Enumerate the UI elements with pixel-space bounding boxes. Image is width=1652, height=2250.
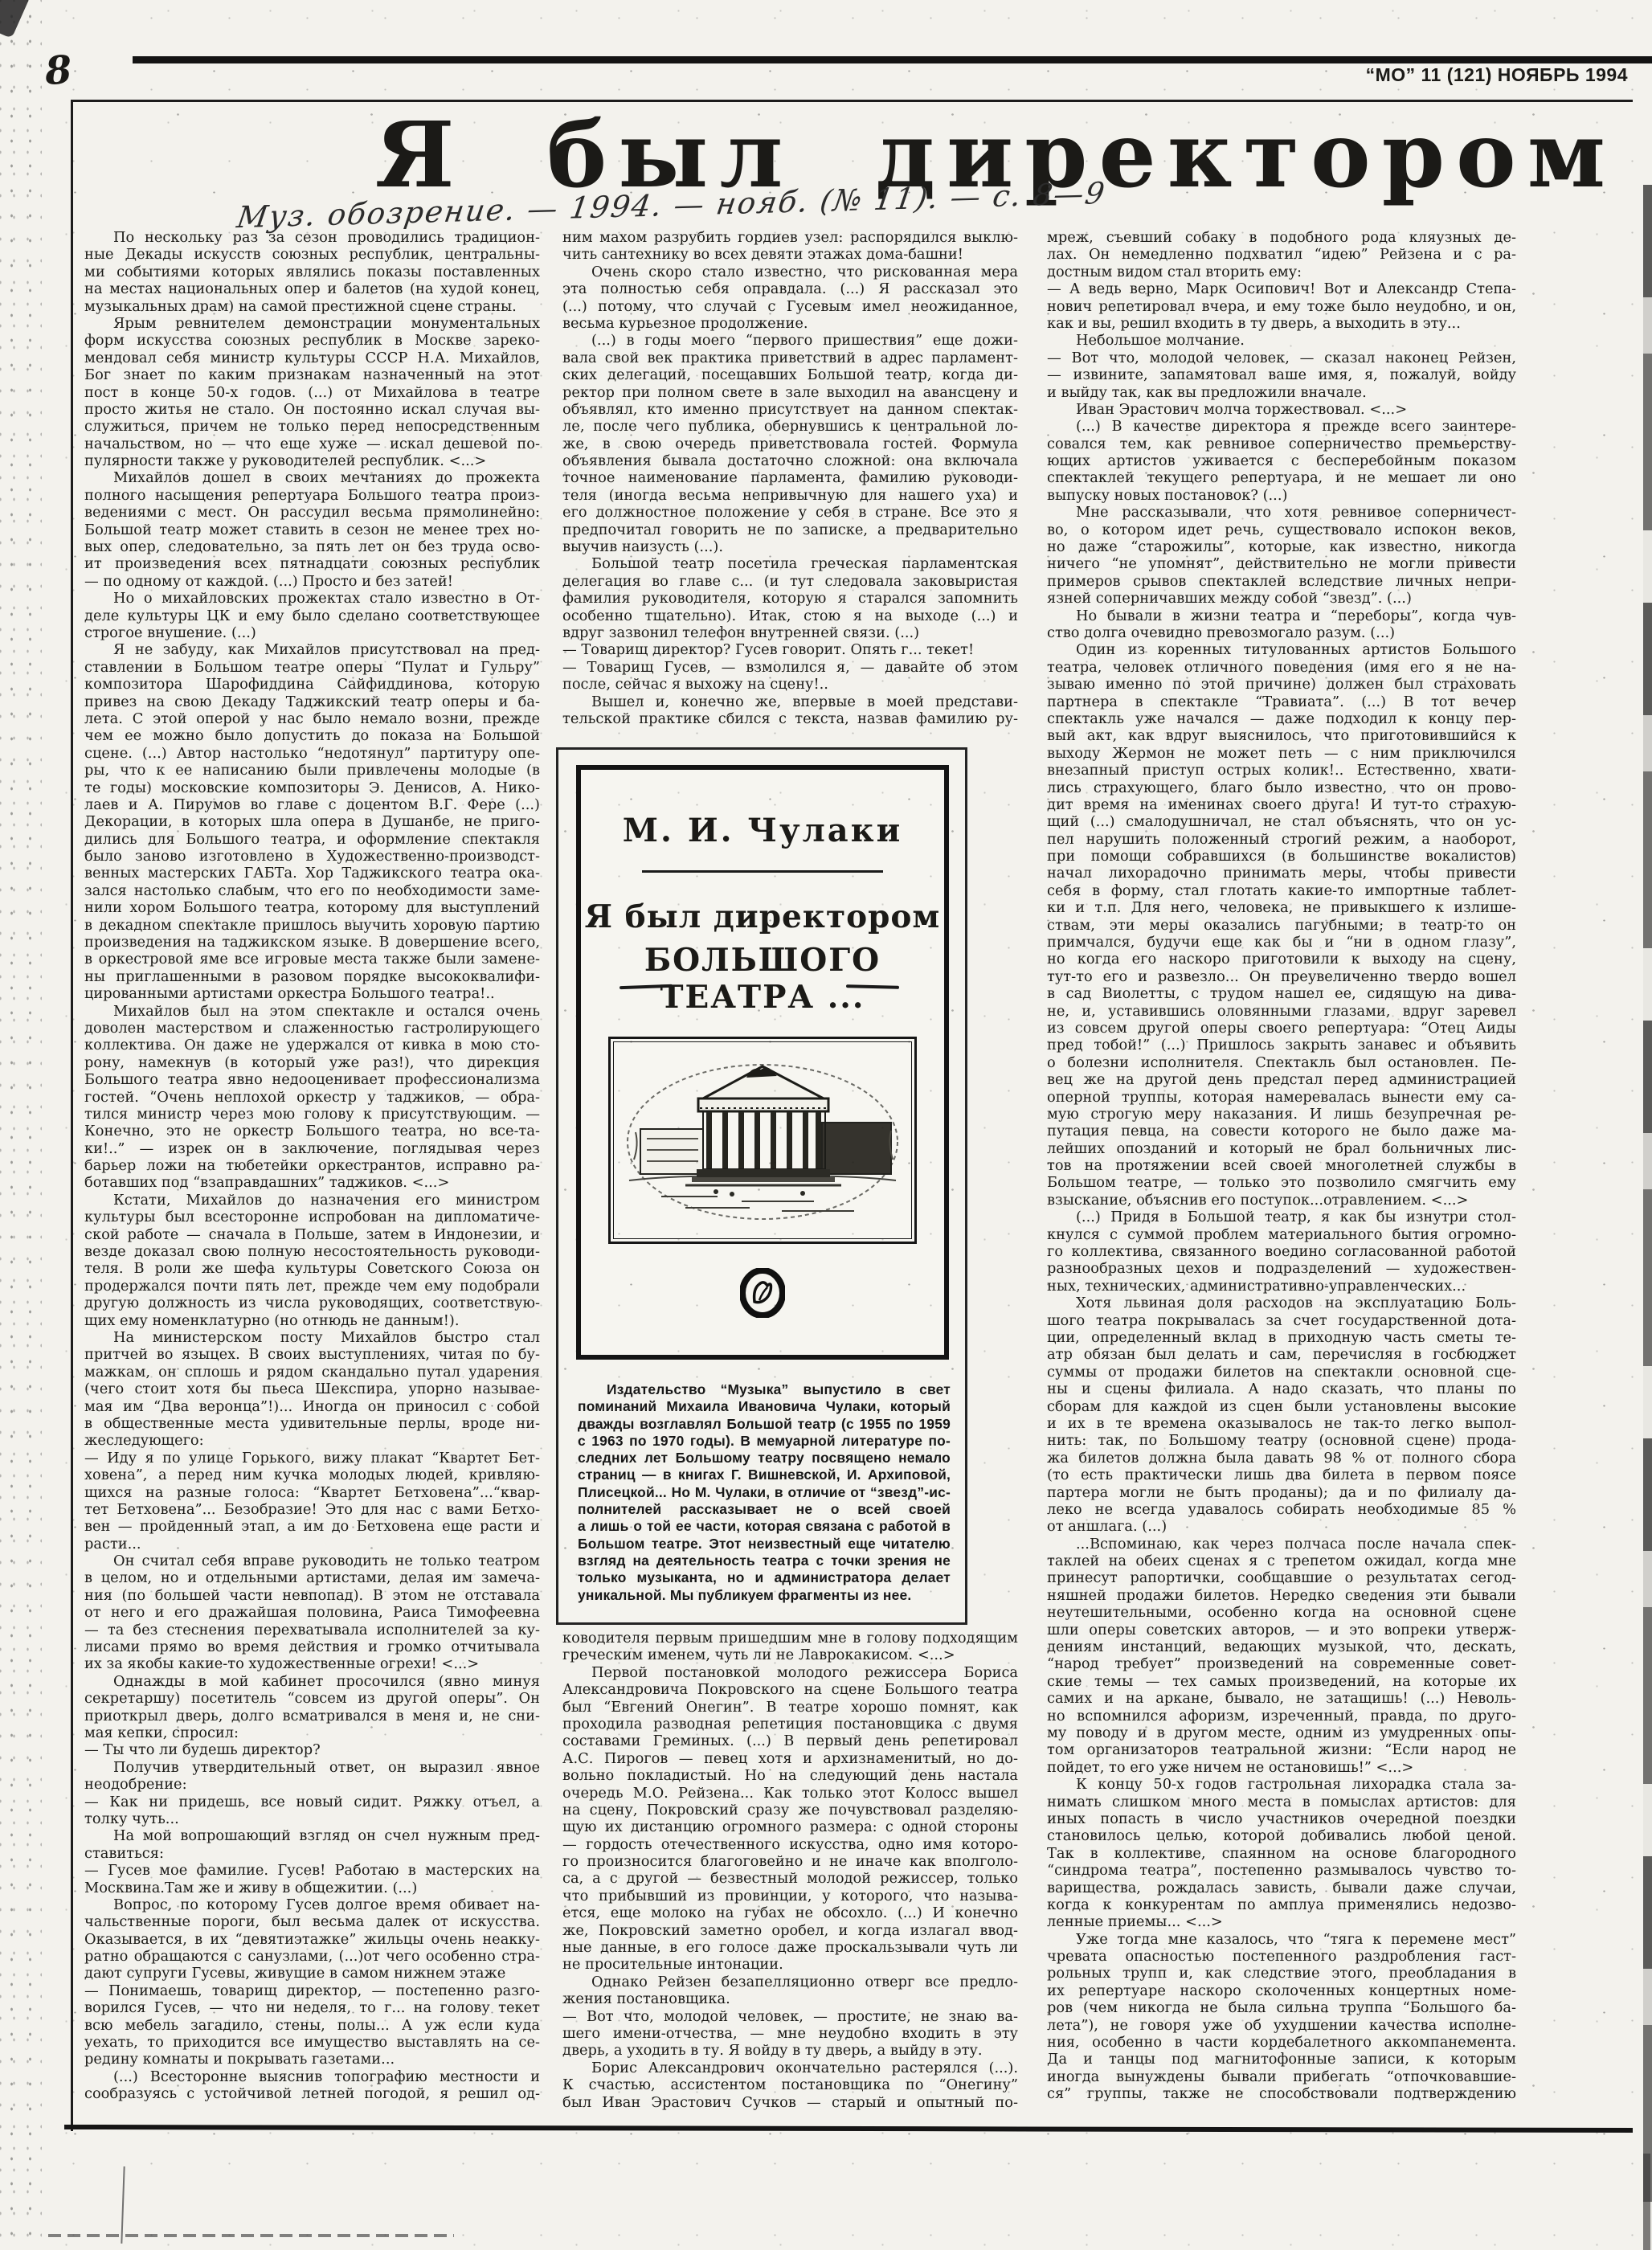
- text-line: К счастью, ассистентом постановщика по “…: [562, 2076, 1018, 2093]
- text-line: дились для Большого театра, и оформление…: [84, 831, 540, 848]
- text-line: Большого театра явно недооценивает профе…: [84, 1071, 540, 1088]
- text-line: нили хором Большого театра, которому для…: [84, 899, 540, 916]
- text-line: Но о михайловских прожектах стало извест…: [84, 590, 540, 607]
- text-line: в декадном спектакле пришлось выучить хо…: [84, 917, 540, 934]
- text-line: ки и т.п. Для него, человека, не привыкш…: [1047, 899, 1516, 916]
- book-author: М. И. Чулаки: [581, 812, 944, 849]
- text-line: (...) в годы моего “первого пришествия” …: [562, 332, 1018, 349]
- text-line: фамилия руководителя, которую я старался…: [562, 590, 1018, 607]
- text-line: ющих артистов уживается с бесперебойным …: [1047, 452, 1516, 469]
- text-line: но вспомнился афоризм, изреченный, правд…: [1047, 1708, 1516, 1724]
- text-line: ховена”, а перед ним кучка молодых людей…: [84, 1467, 540, 1483]
- text-line: Большом театре, — только это позволило с…: [1047, 1174, 1516, 1191]
- text-line: уникальной. Мы публикуем фрагменты из не…: [578, 1587, 951, 1604]
- text-line: выходу Жермон не может петь — с ним прик…: [1047, 745, 1516, 762]
- text-line: — гордость отечественного искусства, одн…: [562, 1836, 1018, 1853]
- text-line: ных, технических, административно-управл…: [1047, 1278, 1516, 1295]
- text-line: пел нарушить положенный строгий режим, а…: [1047, 831, 1516, 848]
- article-frame-bottom: [64, 2125, 1633, 2133]
- text-line: ции, определенный вклад в приходную част…: [1047, 1329, 1516, 1346]
- text-line: пулярности также у руководителей республ…: [84, 452, 540, 469]
- text-line: щий (...) смалодушничал, не стал объясня…: [1047, 813, 1516, 830]
- text-line: театра, человек отличного поведения (имя…: [1047, 659, 1516, 676]
- text-line: Однажды в мой кабинет просочился (явно м…: [84, 1673, 540, 1690]
- text-line: ставлении в Большом театре оперы “Пулат …: [84, 659, 540, 676]
- article-frame-top: [71, 100, 1633, 102]
- text-line: всю мебель загадило, стены, полы... А уж…: [84, 2017, 540, 2034]
- text-line: ле, после чего публика, обернувшись к це…: [562, 418, 1018, 435]
- text-line: зываю именно по этой причине) должен был…: [1047, 676, 1516, 693]
- text-line: Я не забуду, как Михайлов присутствовал …: [84, 641, 540, 658]
- text-line: са, а с другой — безвестный молодой режи…: [562, 1870, 1018, 1887]
- text-line: Вышел и, конечно же, впервые в моей пред…: [562, 693, 1018, 710]
- text-line: — Товарищ директор? Гусев говорит. Опять…: [562, 641, 1018, 658]
- text-line: жа билетов должна была давать 98 % от по…: [1047, 1450, 1516, 1467]
- text-line: венных мастерских ГАБТа. Хор Таджикского…: [84, 865, 540, 882]
- text-line: Он считал себя вправе руководить не толь…: [84, 1552, 540, 1569]
- text-line: — А ведь верно, Марк Осипович! Вот и Але…: [1047, 280, 1516, 297]
- text-line: Вопрос, по которому Гусев долгое время о…: [84, 1896, 540, 1913]
- scan-edge-streak: [1643, 185, 1652, 2250]
- text-line: же, Покровский заметно оробел, и когда и…: [562, 1922, 1018, 1939]
- text-line: путация певца, на совести которого не бы…: [1047, 1123, 1516, 1139]
- text-line: ния, особенно в части кордебалетного акк…: [1047, 2034, 1516, 2051]
- scan-smudge-bottom-right: [1643, 2154, 1650, 2250]
- text-line: рольных трупп и, как следствие этого, пр…: [1047, 1965, 1516, 1982]
- text-line: но даже “старожилы”, которые, как извест…: [1047, 538, 1516, 555]
- text-line: в оркестровой яме все игровые места такж…: [84, 951, 540, 967]
- text-line: жения постановщика.: [562, 1990, 1018, 2007]
- text-line: По нескольку раз за сезон проводились тр…: [84, 229, 540, 246]
- text-line: когда к конкурентам по амплуа применялис…: [1047, 1896, 1516, 1913]
- text-line: особенно тщательно). Итак, стою я на вых…: [562, 607, 1018, 624]
- text-line: начальством, но — что еще хуже — искал д…: [84, 436, 540, 452]
- pencil-scratch-horizontal: [48, 2234, 454, 2237]
- text-line: нимать слишком много места в помыслах ар…: [1047, 1794, 1516, 1810]
- text-line: чить сантехнику во всех девяти этажах до…: [562, 246, 1018, 263]
- text-line: суммы от продажи билетов на спектакли ос…: [1047, 1364, 1516, 1381]
- text-line: ми событиями которых являлись показы пос…: [84, 264, 540, 280]
- text-line: К концу 50-х годов гастрольная лихорадка…: [1047, 1776, 1516, 1793]
- text-line: Михайлов дошел в своих мечтаниях до прож…: [84, 469, 540, 486]
- text-line: иногда вынуждены бывали прибегать “отпоч…: [1047, 2068, 1516, 2085]
- text-line: чальственные пороги, был весьма далек от…: [84, 1913, 540, 1930]
- text-line: Александровича Покровского на сцене Боль…: [562, 1681, 1018, 1698]
- text-line: только музыканта, но и администратора де…: [578, 1569, 951, 1586]
- text-line: Небольшое молчание.: [1047, 332, 1516, 349]
- text-line: ны приглашенными в разовом порядке высок…: [84, 968, 540, 985]
- text-line: но когда его наскоро приготовили к выход…: [1047, 951, 1516, 967]
- text-line: кнулся с суммой проблем материального бы…: [1047, 1226, 1516, 1243]
- text-line: их за якобы какие-то художественные огре…: [84, 1655, 540, 1672]
- text-line: от аншлага. (...): [1047, 1518, 1516, 1535]
- text-line: тился министр через мою голову к присутс…: [84, 1106, 540, 1123]
- text-line: делегация во главе с... (и тут следовала…: [562, 573, 1018, 590]
- text-line: о болезни исполнителя. Спектакль был ост…: [1047, 1054, 1516, 1071]
- text-line: — Ты что ли будешь директор?: [84, 1741, 540, 1758]
- text-line: дают супруги Гусевы, живущие в самом ниж…: [84, 1965, 540, 1982]
- text-line: пойдет, то его уже ничем не остановишь!”…: [1047, 1759, 1516, 1776]
- text-line: ставиться:: [84, 1845, 540, 1862]
- book-title-line1: Я был директором: [581, 898, 944, 935]
- text-line: шего имени-отчества, — мне неудобно вход…: [562, 2025, 1018, 2042]
- text-line: партера могли не быть проданы); да и по …: [1047, 1484, 1516, 1501]
- text-line: спектаклей текущего репертуара, и не меш…: [1047, 469, 1516, 486]
- text-line: иных попасть в число участников очередно…: [1047, 1810, 1516, 1827]
- text-line: от него и его дражайшая половина, Раиса …: [84, 1604, 540, 1621]
- text-line: лета. С этой оперой у нас было немало во…: [84, 710, 540, 727]
- text-line: везде доказал свою полную несостоятельно…: [84, 1243, 540, 1260]
- text-line: ничего “не упомнят”, действительно не мо…: [1047, 555, 1516, 572]
- text-line: Да и танцы под магнитофонные записи, к к…: [1047, 2051, 1516, 2068]
- text-line: ствам, эти меры оказались пагубными; в т…: [1047, 917, 1516, 934]
- text-line: атр обязан был делать и сам, перечисляя …: [1047, 1346, 1516, 1363]
- text-line: начал лихорадочно принимать меры, чтобы …: [1047, 865, 1516, 882]
- text-line: был Иван Эрастович Сучков — старый и опы…: [562, 2094, 1018, 2111]
- text-line: Оказывается, в их “девятиэтажке” жильцы …: [84, 1931, 540, 1948]
- text-line: го произносится благоговейно и не иначе …: [562, 1853, 1018, 1870]
- text-line: гостей. “Очень неплохой оркестр у таджик…: [84, 1089, 540, 1106]
- text-line: Декорации, в которых шла опера в Душанбе…: [84, 813, 540, 830]
- text-line: ны и сцены филиала. А надо сказать, что …: [1047, 1381, 1516, 1397]
- article-frame-left: [71, 100, 73, 2131]
- text-line: мая им “Два веронца”!)... Иногда он прин…: [84, 1398, 540, 1415]
- text-line: вен — пройденный этап, а им до Бетховена…: [84, 1518, 540, 1535]
- text-line: его должностное положение у себя в стран…: [562, 504, 1018, 521]
- text-line: мреж, съевший собаку в подобного рода кл…: [1047, 229, 1516, 246]
- text-line: полного насыщения репертуара Большого те…: [84, 487, 540, 504]
- text-line: следних лет Большому театру посвящено не…: [578, 1450, 951, 1467]
- text-line: тет Бетховена”... Безобразие! Это для на…: [84, 1501, 540, 1518]
- text-line: щих ему номенклатурно (но отнюдь не данн…: [84, 1312, 540, 1329]
- text-line: Большом театре. Этот неизвестный еще чит…: [578, 1536, 951, 1552]
- text-line: выпуску новых постановок? (...): [1047, 487, 1516, 504]
- text-line: привез на свою Декаду Таджикский театр о…: [84, 693, 540, 710]
- text-line: ратно обращаются с санузлами, (...)от че…: [84, 1948, 540, 1965]
- text-line: том организаторов театральной жизни: “Ес…: [1047, 1741, 1516, 1758]
- text-line: в общественные места удивительные перлы,…: [84, 1415, 540, 1432]
- text-line: Хотя львиная доля расходов на эксплуатац…: [1047, 1295, 1516, 1311]
- text-line: шли оперы советских авторов, — и это воп…: [1047, 1622, 1516, 1638]
- text-line: лись страхующего, благо было известно, ч…: [1047, 779, 1516, 796]
- book-inset-box: М. И. Чулаки Я был директором БОЛЬШОГО Т…: [556, 747, 967, 1625]
- text-line: мая кепки, спросил:: [84, 1724, 540, 1741]
- text-line: мажкам, он сплошь и рядом скандально пут…: [84, 1364, 540, 1381]
- text-line: во, о котором идет речь, существовало ис…: [1047, 522, 1516, 538]
- text-line: щую их дистанцию огромного размера: с од…: [562, 1818, 1018, 1835]
- text-line: самих и на аркане, бывало, не затащишь! …: [1047, 1690, 1516, 1707]
- text-line: после, сейчас я выхожу на сцену!..: [562, 676, 1018, 693]
- text-line: ит произведения всех пятнадцати союзных …: [84, 555, 540, 572]
- text-line: “народ требует” произведений на современ…: [1047, 1655, 1516, 1672]
- text-line: Ярым ревнителем демонстрации монументаль…: [84, 315, 540, 332]
- text-line: Москвина.Там же и живу в общежитии. (...…: [84, 1880, 540, 1896]
- text-line: же, в свою очередь приветствовала гостей…: [562, 436, 1018, 452]
- top-rule: [133, 56, 1652, 63]
- text-line: А.С. Пирогов — певец хотя и архизнаменит…: [562, 1750, 1018, 1767]
- text-line: ...Вспоминаю, как через полчаса после на…: [1047, 1536, 1516, 1552]
- text-line: предпочитал говорить не по записке, а пр…: [562, 522, 1018, 538]
- text-line: няшней продажи билетов. Нередко сведения…: [1047, 1587, 1516, 1604]
- text-line: строгое внушение. (...): [84, 624, 540, 641]
- text-line: поминаний Михаила Ивановича Чулаки, кото…: [578, 1398, 951, 1415]
- text-line: музыкальных драм) на самой престижной сц…: [84, 298, 540, 315]
- text-line: вых опер, следовательно, за пять лет он …: [84, 538, 540, 555]
- text-line: страниц — в книгах Г. Вишневской, И. Арх…: [578, 1467, 951, 1483]
- text-line: ные Декады искусств союзных республик, ц…: [84, 246, 540, 263]
- text-line: зался настолько слабым, что его по необх…: [84, 882, 540, 899]
- text-line: (...) потому, что случай с Гусевым имел …: [562, 298, 1018, 315]
- text-line: ется, еще молоко на губах не обсохло. (.…: [562, 1904, 1018, 1921]
- text-line: лисами прямо во время действия и громко …: [84, 1638, 540, 1655]
- muzyka-publisher-logo-icon: [740, 1268, 785, 1318]
- text-line: ских делегаций, посещавших Большой театр…: [562, 366, 1018, 383]
- text-line: служиться, причем не только перед непоср…: [84, 418, 540, 435]
- text-line: барьер ложи на тюбетейки оркестрантов, и…: [84, 1157, 540, 1174]
- text-line: пост в конце 50-х годов. (...) от Михайл…: [84, 384, 540, 401]
- text-line: “синдрома театра”, постепенно размывалос…: [1047, 1862, 1516, 1879]
- text-line: дважды возглавлял Большой театр (с 1955 …: [578, 1416, 951, 1433]
- text-line: чревата опасностью постепенного раздробл…: [1047, 1948, 1516, 1965]
- text-line: ров (чем никогда не была сильна труппа “…: [1047, 1999, 1516, 2016]
- text-line: мендовал себя министр культуры СССР Н.А.…: [84, 350, 540, 366]
- text-line: на местах национальных опер и балетов (н…: [84, 280, 540, 297]
- text-line: ведениями с мест. Он рассудил весьма пря…: [84, 504, 540, 521]
- text-line: пред тобой!” (...) Пришлось закрыть зана…: [1047, 1037, 1516, 1053]
- text-line: (чего стоит хотя бы пьеса Шекспира, упор…: [84, 1381, 540, 1397]
- text-line: коллектива. Он даже не удержался от кивк…: [84, 1037, 540, 1053]
- text-column-2-top: ним махом разрубить гордиев узел: распор…: [562, 229, 1018, 727]
- text-line: композитора Шарофиддина Сайфиддинова, ко…: [84, 676, 540, 693]
- text-line: взгляд на деятельность театра с точки зр…: [578, 1552, 951, 1569]
- text-line: неодобрение:: [84, 1776, 540, 1793]
- text-line: чем ее можно было допустить до показа на…: [84, 727, 540, 744]
- text-line: притчей во языцех. В своих выступлениях,…: [84, 1346, 540, 1363]
- text-line: с 1963 по 1970 годы). В мемуарной литера…: [578, 1433, 951, 1450]
- text-line: тельской практике сбился с текста, назва…: [562, 710, 1018, 727]
- text-line: их репертуаре наскоро сколоченных концер…: [1047, 1982, 1516, 1999]
- text-line: секретаршу) посетитель “совсем из другой…: [84, 1690, 540, 1707]
- text-line: — Понимаешь, товарищ директор, — постепе…: [84, 1982, 540, 1999]
- text-line: Уже тогда мне казалось, что “тяга к пере…: [1047, 1931, 1516, 1948]
- newspaper-page: 8 “МО” 11 (121) НОЯБРЬ 1994 Я был директ…: [0, 0, 1652, 2250]
- page-number: 8: [43, 47, 73, 94]
- text-line: Кстати, Михайлов до назначения его минис…: [84, 1192, 540, 1209]
- text-line: на сцену, Покровский сразу же почувствов…: [562, 1802, 1018, 1818]
- text-line: шого театра покрывалась за счет государс…: [1047, 1312, 1516, 1329]
- text-line: дит время на именинах своего друга! И ту…: [1047, 796, 1516, 813]
- text-line: в целом, но и отдельными артистами, дела…: [84, 1569, 540, 1586]
- text-line: тов на протяжении всей своей многолетней…: [1047, 1157, 1516, 1174]
- text-line: теля. В роли же шефа культуры Советского…: [84, 1260, 540, 1277]
- text-line: как и вы, решил входить в ту дверь, а вы…: [1047, 315, 1516, 332]
- text-line: Получив утвердительный ответ, он выразил…: [84, 1759, 540, 1776]
- text-line: оперной труппы, которая намеревалась вын…: [1047, 1089, 1516, 1106]
- text-line: Михайлов был на этом спектакле и остался…: [84, 1003, 540, 1020]
- text-line: варищества, рождалась зависть, бывали да…: [1047, 1880, 1516, 1896]
- text-line: Бог знает по каким признакам назначенный…: [84, 366, 540, 383]
- text-line: неутешительными, особенно когда на основ…: [1047, 1604, 1516, 1621]
- text-column-2-bottom: ководителя первым пришедшим мне в голову…: [562, 1630, 1018, 2111]
- text-line: На министерском посту Михайлов быстро ст…: [84, 1329, 540, 1346]
- text-line: нович репетировал вчера, и ему тоже было…: [1047, 298, 1516, 315]
- text-line: тут-то его и развезло... Он преувеличенн…: [1047, 968, 1516, 985]
- text-line: ские темы — тех самых произведений, на к…: [1047, 1673, 1516, 1690]
- text-line: форм искусства союзных республик в Москв…: [84, 332, 540, 349]
- text-line: (...) Придя в Большой театр, я как бы из…: [1047, 1209, 1516, 1225]
- text-line: Один из коренных титулованных артистов Б…: [1047, 641, 1516, 658]
- text-line: Большой театр посетила греческая парламе…: [562, 555, 1018, 572]
- text-line: просто житья не стало. Он постоянно иска…: [84, 401, 540, 418]
- text-line: Плисецкой... Но М. Чулаки, в отличие от …: [578, 1484, 951, 1501]
- text-line: ся” группы, также не способствовали подт…: [1047, 2085, 1516, 2102]
- text-line: в сад Виолетты, с трудом нашел ее, сидящ…: [1047, 985, 1516, 1002]
- text-line: — извините, запамятовал ваше имя, я, пож…: [1047, 366, 1516, 383]
- text-line: было заново изготовлено в Художественно-…: [84, 848, 540, 865]
- text-line: греческим именем, чуть ли не Лаврокакисо…: [562, 1647, 1018, 1663]
- text-line: объявлял, кто именно присутствует на дан…: [562, 401, 1018, 418]
- text-line: Но бывали в жизни театра и “переборы”, к…: [1047, 607, 1516, 624]
- text-line: примеров срывов спектаклей вследствие ли…: [1047, 573, 1516, 590]
- text-line: другую должность из числа руководящих, с…: [84, 1295, 540, 1311]
- text-line: составами Греминых. (...) В первый день …: [562, 1732, 1018, 1749]
- text-line: леко не всегда удавалось собирать необхо…: [1047, 1501, 1516, 1518]
- text-line: дениям инстанций, ведающих музыкой, что,…: [1047, 1638, 1516, 1655]
- text-line: принесут рапортички, сообщавшие о резуль…: [1047, 1569, 1516, 1586]
- text-line: ры, что к ее написанию были привлечены м…: [84, 762, 540, 779]
- text-line: мую строгую меру наказания. И лишь безуп…: [1047, 1106, 1516, 1123]
- text-line: — Вот что, молодой человек, — сказал нак…: [1047, 350, 1516, 366]
- text-line: вала свой век практика приветствий в адр…: [562, 350, 1018, 366]
- text-line: На мой вопрошающий взгляд он счел нужным…: [84, 1827, 540, 1844]
- text-line: ки!..” — изрек он в заключение, поглядыв…: [84, 1140, 540, 1157]
- text-line: (...) Всесторонне выяснив топографию мес…: [84, 2068, 540, 2085]
- text-line: (...) В качестве директора я прежде всег…: [1047, 418, 1516, 435]
- text-line: ботавших под “взаправдашних” таджиков. <…: [84, 1174, 540, 1191]
- text-line: Так в коллективе, спаянном на основе бла…: [1047, 1845, 1516, 1862]
- text-line: не, и, уставившись оловянными глазами, в…: [1047, 1003, 1516, 1020]
- text-line: достным видом стал вторить ему:: [1047, 264, 1516, 280]
- text-line: сцене. (...) Автор настолько “недотянул”…: [84, 745, 540, 762]
- pencil-scratch-vertical: [121, 2166, 125, 2244]
- text-line: Большой театр может ставить в сезон не м…: [84, 522, 540, 538]
- book-cover: М. И. Чулаки Я был директором БОЛЬШОГО Т…: [576, 765, 949, 1360]
- text-line: щихся на разные голоса: “Квартет Бетхове…: [84, 1484, 540, 1501]
- text-line: язней соперничавших между собой “звезд”.…: [1047, 590, 1516, 607]
- text-line: сборам для каждой из сцен были установле…: [1047, 1398, 1516, 1415]
- text-line: вый акт, как вдруг выяснилось, что приго…: [1047, 727, 1516, 744]
- text-line: нить: так, по Большому театру (основной …: [1047, 1432, 1516, 1449]
- text-line: ворился Гусев, — что ни неделя, то г... …: [84, 1999, 540, 2016]
- text-line: Очень скоро стало известно, что рискован…: [562, 264, 1018, 280]
- text-line: не просительные интонации.: [562, 1956, 1018, 1973]
- text-line: произведения на таджикском языке. В дове…: [84, 934, 540, 951]
- text-line: из совсем другой оперы своего репертуара…: [1047, 1020, 1516, 1037]
- book-caption: Издательство “Музыка” выпустило в свет к…: [578, 1381, 951, 1604]
- text-line: и их в те времена оказывалось не так-то …: [1047, 1415, 1516, 1432]
- text-line: жеследующего:: [84, 1432, 540, 1449]
- text-line: вдруг зазвонил телефон внутренней связи.…: [562, 624, 1018, 641]
- text-line: Конечно, это не оркестр Большого театра,…: [84, 1123, 540, 1139]
- text-line: Борис Александрович окончательно растеря…: [562, 2060, 1018, 2076]
- text-line: вец же на другой день предстал перед адм…: [1047, 1071, 1516, 1088]
- text-line: — Гусев мое фамилие. Гусев! Работаю в ма…: [84, 1862, 540, 1879]
- text-line: Иван Эрастович молча торжествовал. <...>: [1047, 401, 1516, 418]
- text-line: лах. Он немедленно подхватил “идею” Рейз…: [1047, 246, 1516, 263]
- text-line: — Товарищ Гусев, — взмолился я, — давайт…: [562, 659, 1018, 676]
- text-line: был “Евгений Онегин”. В театре хорошо по…: [562, 1699, 1018, 1716]
- text-line: ководителя первым пришедшим мне в голову…: [562, 1630, 1018, 1647]
- text-line: толку чуть...: [84, 1810, 540, 1827]
- text-line: расти...: [84, 1536, 540, 1552]
- text-line: приоткрыл дверь, долго всматривался в ме…: [84, 1708, 540, 1724]
- bolshoi-theatre-engraving: [608, 1037, 917, 1244]
- text-line: точное наименование парламента, фамилию …: [562, 469, 1018, 486]
- text-line: полнителей рассказывает не о всей своей …: [578, 1501, 951, 1518]
- text-line: ректор при полном свете в зале выходил н…: [562, 384, 1018, 401]
- text-line: редину комнаты и покрывать газетами...: [84, 2051, 540, 2068]
- text-line: себя в форму, стал глотать какие-то импо…: [1047, 882, 1516, 899]
- masthead: “МО” 11 (121) НОЯБРЬ 1994: [71, 64, 1628, 86]
- text-line: дверь, а уходить в ту. Я войду в ту двер…: [562, 2042, 1018, 2059]
- text-line: очередь М.О. Рейзена... Как только этот …: [562, 1785, 1018, 1802]
- text-line: что прибывший из провинции, у которого, …: [562, 1888, 1018, 1904]
- text-line: таклей на обеих сценах я с трепетом ожид…: [1047, 1552, 1516, 1569]
- text-line: — Иду я по улице Горького, вижу плакат “…: [84, 1450, 540, 1467]
- text-line: при помощи собравшихся (в большинстве во…: [1047, 848, 1516, 865]
- text-line: весьма курьезное продолжение.: [562, 315, 1018, 332]
- text-line: объявления бывала достаточно сложной: он…: [562, 452, 1018, 469]
- text-line: Издательство “Музыка” выпустило в свет к…: [578, 1381, 951, 1398]
- text-line: деле культуры ЦК и ему было сделано соот…: [84, 607, 540, 624]
- text-line: а лишь о той ее части, которая связана с…: [578, 1518, 951, 1535]
- text-column-1: По нескольку раз за сезон проводились тр…: [84, 229, 540, 2103]
- text-line: ство долга очевидно превозмогало разум. …: [1047, 624, 1516, 641]
- text-line: го коллектива, связанного воедино соглас…: [1047, 1243, 1516, 1260]
- text-line: — та без стеснения перехватывала исполни…: [84, 1622, 540, 1638]
- text-line: выучив наизусть (...).: [562, 538, 1018, 555]
- text-line: ные данные, в его голосе даже проскальзы…: [562, 1939, 1018, 1956]
- text-line: лета”), не говоря уже об ухудшении качес…: [1047, 2017, 1516, 2034]
- text-line: лейших опозданий и который не брал больн…: [1047, 1140, 1516, 1157]
- text-line: разнообразных цехов и подразделений — ху…: [1047, 1260, 1516, 1277]
- text-line: проходила разводная репетиция постановщи…: [562, 1716, 1018, 1732]
- text-line: культуры был всесторонне испробован на д…: [84, 1209, 540, 1225]
- text-column-3: мреж, съевший собаку в подобного рода кл…: [1047, 229, 1516, 2103]
- text-line: взыскание, объяснив его поступок...отрав…: [1047, 1192, 1516, 1209]
- scan-edge-noise: [0, 0, 42, 2250]
- text-line: доволен мастерством и слаженностью гастр…: [84, 1020, 540, 1037]
- text-line: му поводу и в другом месте, одним из уму…: [1047, 1724, 1516, 1741]
- text-line: Первой постановкой молодого режиссера Бо…: [562, 1664, 1018, 1681]
- text-line: внезапный приступ острых колик!.. Естест…: [1047, 762, 1516, 779]
- text-line: сообразуясь с устойчивой летней погодой,…: [84, 2085, 540, 2102]
- text-line: Однако Рейзен безапелляционно отверг все…: [562, 1974, 1018, 1990]
- text-line: — Вот что, молодой человек, — простите, …: [562, 2008, 1018, 2025]
- text-line: теля (иногда весьма непривычную для наше…: [562, 487, 1018, 504]
- text-line: Мне рассказывали, что хотя ревнивое сопе…: [1047, 504, 1516, 521]
- text-line: ской работе — сначала в Польше, затем в …: [84, 1226, 540, 1243]
- text-line: совался тем, как ревнивое соперничество …: [1047, 436, 1516, 452]
- text-line: ним махом разрубить гордиев узел: распор…: [562, 229, 1018, 246]
- text-line: вольно покладистый. Но на следующий день…: [562, 1767, 1018, 1784]
- text-line: рону, намекнув (в который уже раз!), что…: [84, 1054, 540, 1071]
- text-line: спектакль уже начался — даже подходил к …: [1047, 710, 1516, 727]
- text-line: продержался почти пять лет, прежде чем е…: [84, 1278, 540, 1295]
- text-line: ленные приемы... <...>: [1047, 1913, 1516, 1930]
- text-line: цированными артистами оркестра Большого …: [84, 985, 540, 1002]
- text-line: эта полностью себя оправдала. (...) Я ра…: [562, 280, 1018, 297]
